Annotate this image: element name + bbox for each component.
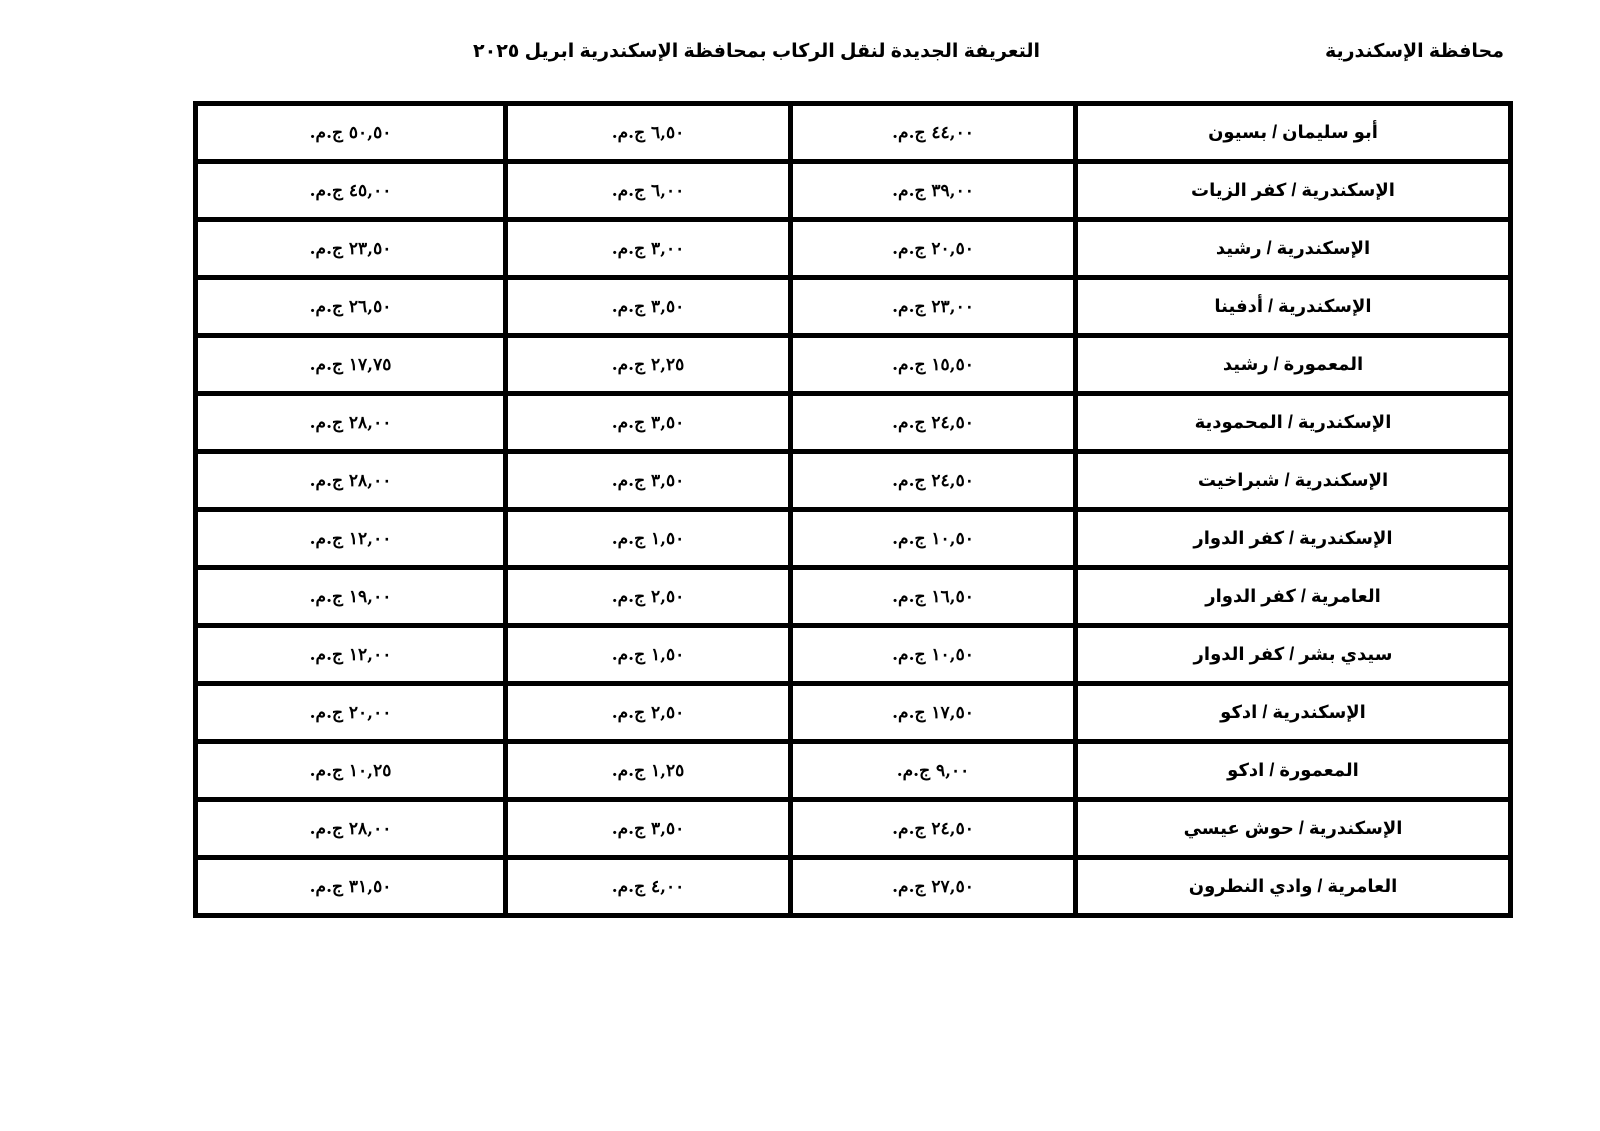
fare-cell-3-text: ٢٣,٥٠ ج.م. bbox=[310, 239, 392, 259]
fare-cell-1-text: ١٧,٥٠ ج.م. bbox=[892, 703, 974, 723]
fare-cell-3-text: ٣١,٥٠ ج.م. bbox=[310, 877, 392, 897]
fare-cell-2: ٣,٠٠ ج.م. bbox=[506, 220, 791, 278]
fare-cell-2: ٢,٥٠ ج.م. bbox=[506, 568, 791, 626]
fare-cell-1: ١٠,٥٠ ج.م. bbox=[791, 626, 1076, 684]
fare-cell-2-text: ٢,٢٥ ج.م. bbox=[612, 355, 685, 375]
fare-cell-2: ١,٥٠ ج.م. bbox=[506, 626, 791, 684]
fare-cell-3-text: ٢٠,٠٠ ج.م. bbox=[310, 703, 392, 723]
fare-cell-1: ١٧,٥٠ ج.م. bbox=[791, 684, 1076, 742]
route-cell-text: أبو سليمان / بسيون bbox=[1208, 122, 1378, 142]
fare-cell-1: ٣٩,٠٠ ج.م. bbox=[791, 162, 1076, 220]
table-row: المعمورة / رشيد١٥,٥٠ ج.م.٢,٢٥ ج.م.١٧,٧٥ … bbox=[196, 336, 1511, 394]
table-row: العامرية / وادي النطرون٢٧,٥٠ ج.م.٤,٠٠ ج.… bbox=[196, 858, 1511, 916]
fare-cell-1: ٩,٠٠ ج.م. bbox=[791, 742, 1076, 800]
fare-cell-3-text: ١٧,٧٥ ج.م. bbox=[310, 355, 392, 375]
route-cell-text: سيدي بشر / كفر الدوار bbox=[1194, 644, 1393, 664]
fare-cell-1-text: ٢٠,٥٠ ج.م. bbox=[892, 239, 974, 259]
fare-cell-2: ٣,٥٠ ج.م. bbox=[506, 394, 791, 452]
fare-cell-3: ١٩,٠٠ ج.م. bbox=[196, 568, 506, 626]
fare-cell-1: ١٦,٥٠ ج.م. bbox=[791, 568, 1076, 626]
fare-cell-1: ١٠,٥٠ ج.م. bbox=[791, 510, 1076, 568]
fare-cell-3-text: ٤٥,٠٠ ج.م. bbox=[310, 181, 392, 201]
fare-cell-1-text: ٤٤,٠٠ ج.م. bbox=[892, 123, 974, 143]
route-cell: الإسكندرية / ادكو bbox=[1076, 684, 1511, 742]
fare-cell-2-text: ٣,٥٠ ج.م. bbox=[612, 819, 685, 839]
fare-cell-3: ١٢,٠٠ ج.م. bbox=[196, 510, 506, 568]
route-cell: الإسكندرية / كفر الدوار bbox=[1076, 510, 1511, 568]
route-cell: الإسكندرية / شبراخيت bbox=[1076, 452, 1511, 510]
route-cell-text: المعمورة / رشيد bbox=[1223, 354, 1363, 374]
fare-cell-1: ١٥,٥٠ ج.م. bbox=[791, 336, 1076, 394]
fare-cell-2: ١,٢٥ ج.م. bbox=[506, 742, 791, 800]
fare-cell-3: ٢٣,٥٠ ج.م. bbox=[196, 220, 506, 278]
fare-cell-1-text: ٢٤,٥٠ ج.م. bbox=[892, 471, 974, 491]
route-cell-text: المعمورة / ادكو bbox=[1227, 760, 1359, 780]
fare-table: أبو سليمان / بسيون٤٤,٠٠ ج.م.٦,٥٠ ج.م.٥٠,… bbox=[193, 101, 1513, 918]
route-cell: الإسكندرية / رشيد bbox=[1076, 220, 1511, 278]
fare-cell-3: ١٧,٧٥ ج.م. bbox=[196, 336, 506, 394]
fare-cell-2-text: ٢,٥٠ ج.م. bbox=[612, 703, 685, 723]
fare-cell-2: ٦,٠٠ ج.م. bbox=[506, 162, 791, 220]
fare-cell-1: ٢٧,٥٠ ج.م. bbox=[791, 858, 1076, 916]
fare-cell-2-text: ٦,٠٠ ج.م. bbox=[612, 181, 685, 201]
table-row: الإسكندرية / شبراخيت٢٤,٥٠ ج.م.٣,٥٠ ج.م.٢… bbox=[196, 452, 1511, 510]
route-cell-text: الإسكندرية / المحمودية bbox=[1195, 412, 1392, 432]
fare-cell-3-text: ٢٦,٥٠ ج.م. bbox=[310, 297, 392, 317]
fare-cell-2: ٣,٥٠ ج.م. bbox=[506, 452, 791, 510]
fare-cell-2: ٣,٥٠ ج.م. bbox=[506, 800, 791, 858]
fare-cell-1-text: ١٦,٥٠ ج.م. bbox=[892, 587, 974, 607]
route-cell: المعمورة / رشيد bbox=[1076, 336, 1511, 394]
fare-cell-1: ٢٤,٥٠ ج.م. bbox=[791, 452, 1076, 510]
fare-cell-1-text: ٢٤,٥٠ ج.م. bbox=[892, 413, 974, 433]
fare-cell-3-text: ١٩,٠٠ ج.م. bbox=[310, 587, 392, 607]
fare-cell-2: ٣,٥٠ ج.م. bbox=[506, 278, 791, 336]
route-cell: الإسكندرية / أدفينا bbox=[1076, 278, 1511, 336]
fare-cell-2-text: ٢,٥٠ ج.م. bbox=[612, 587, 685, 607]
route-cell: الإسكندرية / حوش عيسي bbox=[1076, 800, 1511, 858]
fare-cell-3: ٢٨,٠٠ ج.م. bbox=[196, 452, 506, 510]
fare-cell-3: ٢٦,٥٠ ج.م. bbox=[196, 278, 506, 336]
fare-cell-3: ٢٠,٠٠ ج.م. bbox=[196, 684, 506, 742]
route-cell-text: الإسكندرية / ادكو bbox=[1220, 702, 1366, 722]
table-row: الإسكندرية / المحمودية٢٤,٥٠ ج.م.٣,٥٠ ج.م… bbox=[196, 394, 1511, 452]
fare-table-body: أبو سليمان / بسيون٤٤,٠٠ ج.م.٦,٥٠ ج.م.٥٠,… bbox=[196, 104, 1511, 916]
route-cell-text: الإسكندرية / كفر الزيات bbox=[1191, 180, 1395, 200]
fare-cell-3-text: ٢٨,٠٠ ج.م. bbox=[310, 413, 392, 433]
route-cell: سيدي بشر / كفر الدوار bbox=[1076, 626, 1511, 684]
fare-cell-1: ٤٤,٠٠ ج.م. bbox=[791, 104, 1076, 162]
fare-cell-3-text: ١٢,٠٠ ج.م. bbox=[310, 645, 392, 665]
fare-cell-2-text: ٣,٠٠ ج.م. bbox=[612, 239, 685, 259]
fare-cell-1: ٢٤,٥٠ ج.م. bbox=[791, 800, 1076, 858]
route-cell-text: العامرية / كفر الدوار bbox=[1205, 586, 1381, 606]
route-cell: العامرية / وادي النطرون bbox=[1076, 858, 1511, 916]
fare-cell-2-text: ١,٥٠ ج.م. bbox=[612, 529, 685, 549]
fare-cell-1: ٢٣,٠٠ ج.م. bbox=[791, 278, 1076, 336]
table-row: الإسكندرية / حوش عيسي٢٤,٥٠ ج.م.٣,٥٠ ج.م.… bbox=[196, 800, 1511, 858]
route-cell-text: العامرية / وادي النطرون bbox=[1189, 876, 1398, 896]
table-row: الإسكندرية / أدفينا٢٣,٠٠ ج.م.٣,٥٠ ج.م.٢٦… bbox=[196, 278, 1511, 336]
fare-cell-3: ٤٥,٠٠ ج.م. bbox=[196, 162, 506, 220]
fare-cell-2: ٢,٢٥ ج.م. bbox=[506, 336, 791, 394]
table-row: سيدي بشر / كفر الدوار١٠,٥٠ ج.م.١,٥٠ ج.م.… bbox=[196, 626, 1511, 684]
fare-cell-1-text: ١٥,٥٠ ج.م. bbox=[892, 355, 974, 375]
governorate-label: محافظة الإسكندرية bbox=[1325, 40, 1504, 63]
route-cell: المعمورة / ادكو bbox=[1076, 742, 1511, 800]
fare-cell-1-text: ٩,٠٠ ج.م. bbox=[897, 761, 970, 781]
table-row: الإسكندرية / كفر الدوار١٠,٥٠ ج.م.١,٥٠ ج.… bbox=[196, 510, 1511, 568]
fare-cell-1: ٢٤,٥٠ ج.م. bbox=[791, 394, 1076, 452]
fare-cell-2: ٢,٥٠ ج.م. bbox=[506, 684, 791, 742]
table-row: الإسكندرية / ادكو١٧,٥٠ ج.م.٢,٥٠ ج.م.٢٠,٠… bbox=[196, 684, 1511, 742]
fare-cell-3: ٢٨,٠٠ ج.م. bbox=[196, 394, 506, 452]
fare-cell-1: ٢٠,٥٠ ج.م. bbox=[791, 220, 1076, 278]
fare-cell-2-text: ١,٢٥ ج.م. bbox=[612, 761, 685, 781]
fare-cell-1-text: ٢٤,٥٠ ج.م. bbox=[892, 819, 974, 839]
fare-cell-3: ١٠,٢٥ ج.م. bbox=[196, 742, 506, 800]
fare-cell-2-text: ٤,٠٠ ج.م. bbox=[612, 877, 685, 897]
route-cell: العامرية / كفر الدوار bbox=[1076, 568, 1511, 626]
fare-cell-3: ٥٠,٥٠ ج.م. bbox=[196, 104, 506, 162]
fare-cell-2-text: ٦,٥٠ ج.م. bbox=[612, 123, 685, 143]
fare-cell-1-text: ١٠,٥٠ ج.م. bbox=[892, 529, 974, 549]
fare-cell-3-text: ٢٨,٠٠ ج.م. bbox=[310, 471, 392, 491]
table-row: الإسكندرية / كفر الزيات٣٩,٠٠ ج.م.٦,٠٠ ج.… bbox=[196, 162, 1511, 220]
fare-cell-3: ٢٨,٠٠ ج.م. bbox=[196, 800, 506, 858]
route-cell-text: الإسكندرية / كفر الدوار bbox=[1193, 528, 1392, 548]
route-cell: أبو سليمان / بسيون bbox=[1076, 104, 1511, 162]
fare-cell-1-text: ٢٣,٠٠ ج.م. bbox=[892, 297, 974, 317]
fare-cell-2-text: ٣,٥٠ ج.م. bbox=[612, 297, 685, 317]
fare-cell-1-text: ١٠,٥٠ ج.م. bbox=[892, 645, 974, 665]
fare-cell-2-text: ٣,٥٠ ج.م. bbox=[612, 471, 685, 491]
fare-cell-1-text: ٢٧,٥٠ ج.م. bbox=[892, 877, 974, 897]
route-cell: الإسكندرية / المحمودية bbox=[1076, 394, 1511, 452]
table-row: أبو سليمان / بسيون٤٤,٠٠ ج.م.٦,٥٠ ج.م.٥٠,… bbox=[196, 104, 1511, 162]
route-cell-text: الإسكندرية / شبراخيت bbox=[1198, 470, 1388, 490]
fare-cell-3-text: ٥٠,٥٠ ج.م. bbox=[310, 123, 392, 143]
route-cell-text: الإسكندرية / حوش عيسي bbox=[1184, 818, 1403, 838]
table-row: العامرية / كفر الدوار١٦,٥٠ ج.م.٢,٥٠ ج.م.… bbox=[196, 568, 1511, 626]
document-title: التعريفة الجديدة لنقل الركاب بمحافظة الإ… bbox=[560, 40, 1040, 63]
fare-cell-3-text: ٢٨,٠٠ ج.م. bbox=[310, 819, 392, 839]
fare-cell-2-text: ٣,٥٠ ج.م. bbox=[612, 413, 685, 433]
route-cell-text: الإسكندرية / أدفينا bbox=[1214, 296, 1371, 316]
table-row: المعمورة / ادكو٩,٠٠ ج.م.١,٢٥ ج.م.١٠,٢٥ ج… bbox=[196, 742, 1511, 800]
route-cell: الإسكندرية / كفر الزيات bbox=[1076, 162, 1511, 220]
fare-cell-2: ٦,٥٠ ج.م. bbox=[506, 104, 791, 162]
fare-cell-1-text: ٣٩,٠٠ ج.م. bbox=[892, 181, 974, 201]
fare-cell-2: ٤,٠٠ ج.م. bbox=[506, 858, 791, 916]
fare-cell-3: ١٢,٠٠ ج.م. bbox=[196, 626, 506, 684]
fare-cell-2-text: ١,٥٠ ج.م. bbox=[612, 645, 685, 665]
route-cell-text: الإسكندرية / رشيد bbox=[1216, 238, 1370, 258]
fare-cell-3-text: ١٠,٢٥ ج.م. bbox=[310, 761, 392, 781]
fare-cell-2: ١,٥٠ ج.م. bbox=[506, 510, 791, 568]
fare-cell-3: ٣١,٥٠ ج.م. bbox=[196, 858, 506, 916]
fare-cell-3-text: ١٢,٠٠ ج.م. bbox=[310, 529, 392, 549]
table-row: الإسكندرية / رشيد٢٠,٥٠ ج.م.٣,٠٠ ج.م.٢٣,٥… bbox=[196, 220, 1511, 278]
